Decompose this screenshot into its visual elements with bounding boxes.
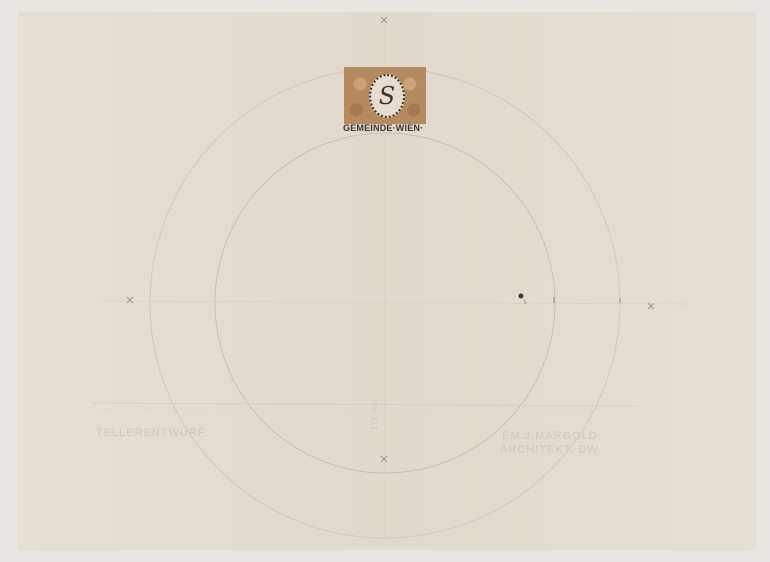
horizontal-axis <box>100 301 690 304</box>
drawing-title: TELLERENTWURF <box>96 427 206 439</box>
monogram: S <box>379 82 395 110</box>
scale-label: 1/1 nat. <box>370 395 379 430</box>
ink-dot <box>519 294 524 299</box>
gemeinde-wien-emblem: S GEMEINDE·WIEN· <box>343 67 427 135</box>
architect-name: EM.J.MARGOLD <box>502 430 598 442</box>
base-line <box>92 403 640 406</box>
emblem-caption: GEMEINDE·WIEN· <box>343 123 429 133</box>
monogram-medallion: S <box>369 74 405 118</box>
architect-title: ARCHITEKT. DW <box>500 444 599 456</box>
